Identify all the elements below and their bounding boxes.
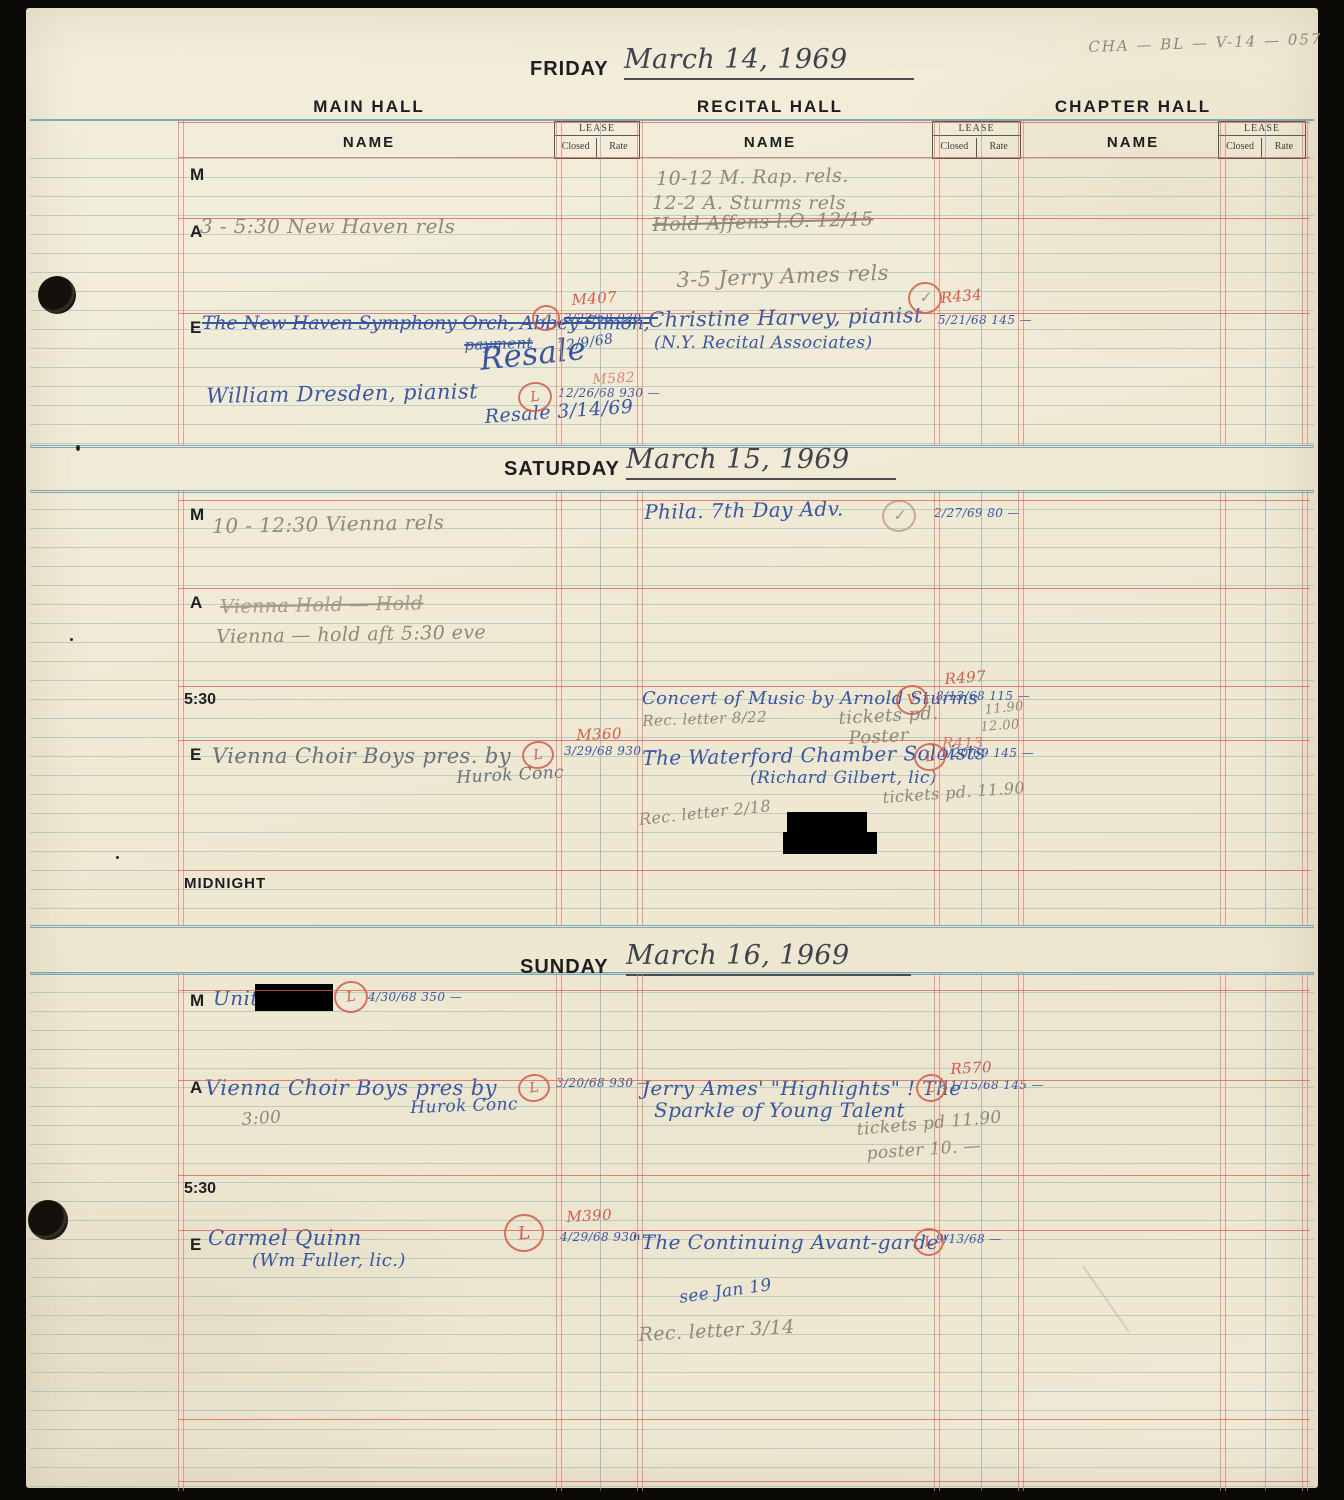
name-column-header: NAME: [1107, 134, 1159, 151]
column-rule-line: [556, 973, 557, 1491]
row-label-a: A: [190, 593, 202, 613]
lease-code: R570: [950, 1058, 992, 1078]
column-rule-line: [934, 120, 935, 445]
row-label-m: M: [190, 165, 204, 185]
lease-date: 4/30/68 350 —: [368, 990, 462, 1004]
row-label-e: E: [190, 745, 201, 765]
redaction-block: [255, 984, 333, 1011]
row-rule-line: [178, 122, 1310, 123]
entry-saturday-recital-e2: (Richard Gilbert, lic): [750, 768, 937, 788]
column-rule-line: [934, 973, 935, 1491]
rate-header: Rate: [977, 138, 1020, 158]
column-rule-line: [1018, 973, 1019, 1491]
day-date-sunday: March 16, 1969: [626, 940, 911, 976]
column-rule-line: [1225, 973, 1226, 1491]
row-rule-line: [178, 870, 1310, 871]
row-rule-line: [178, 1080, 1310, 1081]
row-label-a: A: [190, 1078, 202, 1098]
column-rule-line: [1018, 490, 1019, 925]
lease-header-box: LEASE Closed Rate: [932, 121, 1021, 159]
column-rule-line: [642, 120, 643, 445]
day-label-friday: FRIDAY: [530, 58, 609, 81]
column-rule-line: [561, 973, 562, 1491]
row-rule-line: [178, 500, 1310, 501]
punch-hole: [38, 276, 76, 314]
row-label-e: E: [190, 1235, 201, 1255]
row-rule-line: [178, 1175, 1310, 1176]
column-rule-line: [183, 973, 184, 1491]
day-date-friday: March 14, 1969: [624, 44, 914, 80]
row-rule-line: [178, 686, 1310, 687]
column-rule-line: [556, 490, 557, 925]
hall-title-recital: RECITAL HALL: [697, 97, 843, 117]
lease-header-box: LEASE Closed Rate: [1218, 121, 1306, 159]
column-rule-line: [1023, 490, 1024, 925]
column-rule-line: [1023, 120, 1024, 445]
column-rule-line: [1220, 120, 1221, 445]
column-rule-line: [637, 490, 638, 925]
entry-sunday-main-e2: (Wm Fuller, lic.): [252, 1250, 406, 1271]
column-rule-line: [183, 490, 184, 925]
column-rule-line: [1307, 120, 1308, 445]
column-rule-line: [981, 973, 982, 1491]
column-rule-line: [1302, 973, 1303, 1491]
column-rule-line: [1225, 120, 1226, 445]
hall-title-main: MAIN HALL: [313, 97, 424, 117]
column-rule-line: [1023, 973, 1024, 1491]
entry-sunday-main-a1b: Hurok Conc: [410, 1094, 518, 1118]
column-rule-line: [637, 120, 638, 445]
row-rule-line: [178, 588, 1310, 589]
entry-friday-main-e2: William Dresden, pianist: [206, 379, 478, 408]
day-label-saturday: SATURDAY: [504, 458, 620, 481]
lease-code: M390: [566, 1206, 612, 1226]
redaction-block: [783, 832, 877, 854]
column-rule-line: [600, 490, 601, 925]
punch-hole: [28, 1200, 68, 1240]
row-label-m: M: [190, 991, 204, 1011]
row-rule-line: [178, 1481, 1310, 1482]
entry-saturday-main-m: 10 - 12:30 Vienna rels: [212, 510, 445, 538]
name-column-header: NAME: [744, 134, 796, 151]
form-top-rule: [30, 119, 1314, 121]
entry-friday-recital-m1: 10-12 M. Rap. rels.: [656, 165, 849, 190]
amount-note: 12.00: [980, 717, 1020, 735]
lease-header: LEASE: [933, 122, 1020, 136]
row-label-e: E: [190, 318, 201, 338]
column-rule-line: [1307, 973, 1308, 1491]
hall-title-chapter: CHAPTER HALL: [1055, 97, 1211, 117]
column-rule-line: [600, 120, 601, 445]
column-rule-line: [934, 490, 935, 925]
lease-date: 9/13/68 —: [936, 1232, 1002, 1246]
ink-speck: [116, 856, 119, 859]
column-rule-line: [1302, 490, 1303, 925]
column-rule-line: [642, 490, 643, 925]
column-rule-line: [637, 973, 638, 1491]
entry-saturday-main-a2: Vienna — hold aft 5:30 eve: [216, 621, 486, 648]
row-label-530: 5:30: [184, 691, 216, 709]
column-rule-line: [178, 490, 179, 925]
column-rule-line: [939, 973, 940, 1491]
entry-friday-recital-e1: Christine Harvey, pianist: [648, 303, 923, 332]
column-rule-line: [178, 120, 179, 445]
column-rule-line: [642, 973, 643, 1491]
column-rule-line: [1018, 120, 1019, 445]
entry-sunday-recital-e1: "The Continuing Avant-garde": [632, 1230, 948, 1254]
column-rule-line: [939, 120, 940, 445]
day-date-saturday: March 15, 1969: [626, 444, 896, 480]
lease-date: 1/20/69 145 —: [940, 746, 1034, 760]
rate-header: Rate: [598, 138, 639, 158]
row-rule-line: [178, 740, 1310, 741]
row-label-midnight: MIDNIGHT: [184, 875, 266, 892]
row-rule-line: [178, 157, 1310, 158]
column-rule-line: [1265, 490, 1266, 925]
entry-friday-recital-e2: (N.Y. Recital Associates): [654, 333, 873, 353]
entry-saturday-main-e1: Vienna Choir Boys pres. by: [212, 744, 511, 768]
column-rule-line: [1302, 120, 1303, 445]
lease-code: M407: [571, 288, 618, 309]
lease-date: 2/27/69 80 —: [934, 506, 1020, 520]
day-label-sunday: SUNDAY: [520, 956, 609, 979]
lease-header-box: LEASE Closed Rate: [554, 121, 640, 159]
row-rule-line: [178, 990, 1310, 991]
row-label-m: M: [190, 505, 204, 525]
column-rule-line: [1307, 490, 1308, 925]
column-rule-line: [178, 973, 179, 1491]
name-column-header: NAME: [343, 134, 395, 151]
scanned-ledger-page: CHA — BL — V-14 — 057 FRIDAY March 14, 1…: [0, 0, 1344, 1500]
rate-header: Rate: [1263, 138, 1305, 158]
time-note: 3:00: [241, 1107, 282, 1130]
lease-date: 3/20/68 930 —: [556, 1076, 650, 1090]
entry-saturday-main-a1-cancelled: Vienna Hold — Hold: [220, 592, 424, 618]
column-rule-line: [600, 973, 601, 1491]
row-rule-line: [178, 1419, 1310, 1420]
lease-header: LEASE: [1219, 122, 1305, 136]
lease-code: R434: [940, 285, 983, 307]
lease-header: LEASE: [555, 122, 639, 136]
column-rule-line: [561, 120, 562, 445]
column-rule-line: [1225, 490, 1226, 925]
column-rule-line: [1265, 120, 1266, 445]
archive-code: CHA — BL — V-14 — 057: [1088, 30, 1323, 56]
row-rule-line: [178, 313, 1310, 314]
column-rule-line: [183, 120, 184, 445]
column-rule-line: [939, 490, 940, 925]
ink-speck: [76, 445, 80, 451]
column-rule-line: [1265, 973, 1266, 1491]
ledger-paper: CHA — BL — V-14 — 057 FRIDAY March 14, 1…: [26, 8, 1318, 1488]
column-rule-line: [561, 490, 562, 925]
column-rule-line: [981, 120, 982, 445]
row-label-530: 5:30: [184, 1180, 216, 1198]
ink-speck: [70, 638, 73, 641]
column-rule-line: [1220, 973, 1221, 1491]
column-rule-line: [556, 120, 557, 445]
column-rule-line: [981, 490, 982, 925]
row-rule-line: [178, 1230, 1310, 1231]
column-rule-line: [1220, 490, 1221, 925]
row-rule-line: [178, 218, 1310, 219]
